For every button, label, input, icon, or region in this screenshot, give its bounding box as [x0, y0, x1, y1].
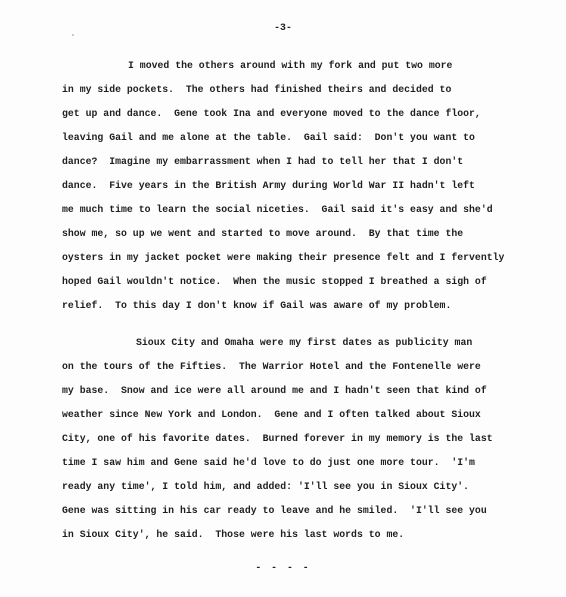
- text-line: weather since New York and London. Gene …: [62, 403, 493, 427]
- text-line: relief. To this day I don't know if Gail…: [62, 294, 504, 318]
- text-line: I moved the others around with my fork a…: [62, 54, 504, 78]
- text-line: on the tours of the Fifties. The Warrior…: [62, 355, 493, 379]
- text-line: me much time to learn the social nicetie…: [62, 198, 504, 222]
- text-line: dance. Five years in the British Army du…: [62, 174, 504, 198]
- text-line: my base. Snow and ice were all around me…: [62, 379, 493, 403]
- text-line: City, one of his favorite dates. Burned …: [62, 427, 493, 451]
- text-line: in my side pockets. The others had finis…: [62, 78, 504, 102]
- text-line: in Sioux City', he said. Those were his …: [62, 523, 493, 547]
- paragraph-oysters-dance: I moved the others around with my fork a…: [62, 54, 504, 318]
- text-line: hoped Gail wouldn't notice. When the mus…: [62, 270, 504, 294]
- text-line: show me, so up we went and started to mo…: [62, 222, 504, 246]
- text-line: oysters in my jacket pocket were making …: [62, 246, 504, 270]
- end-of-section-mark: - - - -: [0, 562, 566, 573]
- text-line: ready any time', I told him, and added: …: [62, 475, 493, 499]
- text-line: time I saw him and Gene said he'd love t…: [62, 451, 493, 475]
- text-line: Gene was sitting in his car ready to lea…: [62, 499, 493, 523]
- text-line: get up and dance. Gene took Ina and ever…: [62, 102, 504, 126]
- paragraph-sioux-city: Sioux City and Omaha were my first dates…: [62, 331, 493, 547]
- paper-speck: [72, 34, 74, 36]
- page-number: -3-: [0, 22, 566, 33]
- text-line: dance? Imagine my embarrassment when I h…: [62, 150, 504, 174]
- text-line: Sioux City and Omaha were my first dates…: [62, 331, 493, 355]
- typewritten-page: -3- I moved the others around with my fo…: [0, 0, 566, 597]
- text-line: leaving Gail and me alone at the table. …: [62, 126, 504, 150]
